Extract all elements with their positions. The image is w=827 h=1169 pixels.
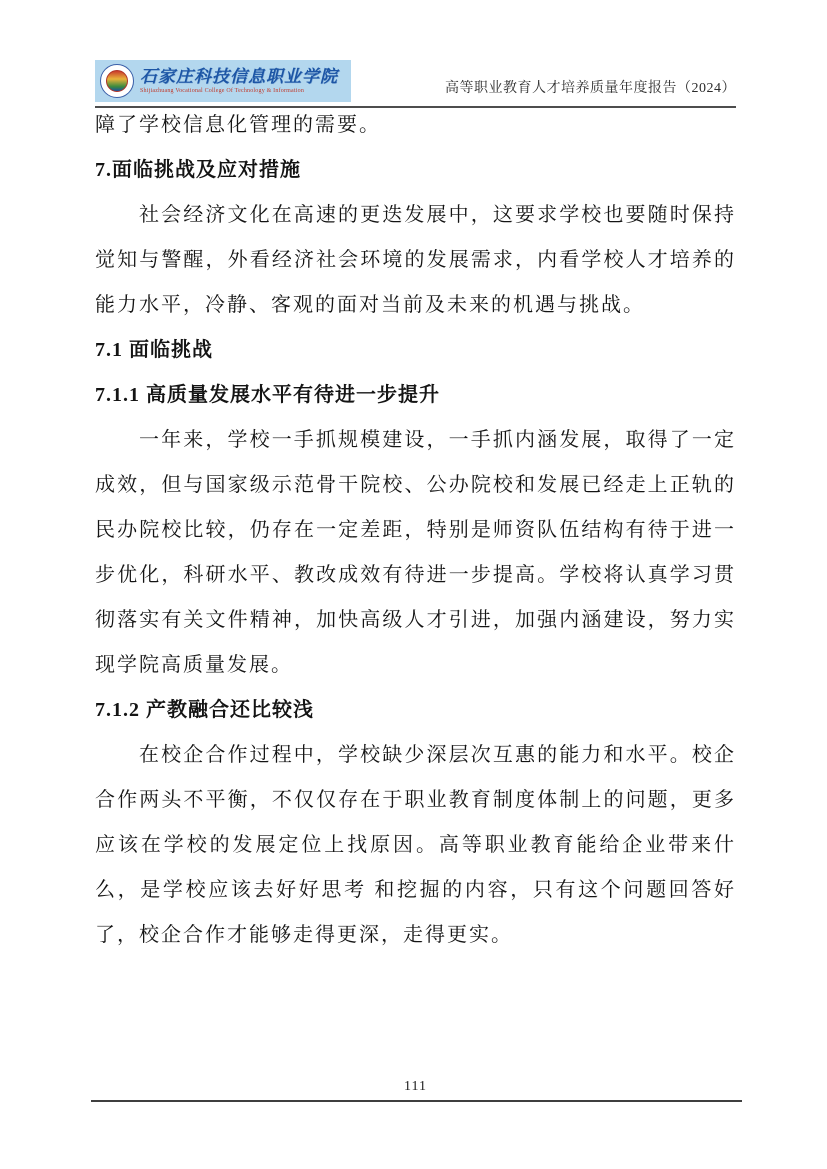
section-heading-7-1-2: 7.1.2 产教融合还比较浅	[95, 688, 736, 733]
paragraph: 一年来，学校一手抓规模建设，一手抓内涵发展，取得了一定成效，但与国家级示范骨干院…	[95, 418, 736, 688]
college-seal-icon	[100, 64, 134, 98]
page-header: 石家庄科技信息职业学院 Shijiazhuang Vocational Coll…	[95, 60, 736, 102]
paragraph: 社会经济文化在高速的更迭发展中，这要求学校也要随时保持觉知与警醒，外看经济社会环…	[95, 193, 736, 328]
paragraph: 在校企合作过程中，学校缺少深层次互惠的能力和水平。校企合作两头不平衡，不仅仅存在…	[95, 733, 736, 958]
college-name: 石家庄科技信息职业学院	[140, 68, 338, 85]
section-heading-7-1: 7.1 面临挑战	[95, 328, 736, 373]
footer-divider	[91, 1100, 742, 1102]
college-seal-core	[106, 70, 128, 92]
page-number: 111	[95, 1079, 736, 1095]
document-body: 障了学校信息化管理的需要。 7.面临挑战及应对措施 社会经济文化在高速的更迭发展…	[95, 103, 736, 958]
section-heading-7: 7.面临挑战及应对措施	[95, 148, 736, 193]
college-logo: 石家庄科技信息职业学院 Shijiazhuang Vocational Coll…	[95, 60, 351, 102]
document-page: 石家庄科技信息职业学院 Shijiazhuang Vocational Coll…	[0, 0, 827, 1169]
paragraph-continuation: 障了学校信息化管理的需要。	[95, 103, 736, 148]
college-name-english: Shijiazhuang Vocational College Of Techn…	[140, 88, 338, 94]
college-logo-text: 石家庄科技信息职业学院 Shijiazhuang Vocational Coll…	[140, 68, 338, 94]
report-title: 高等职业教育人才培养质量年度报告（2024）	[445, 77, 736, 102]
section-heading-7-1-1: 7.1.1 高质量发展水平有待进一步提升	[95, 373, 736, 418]
